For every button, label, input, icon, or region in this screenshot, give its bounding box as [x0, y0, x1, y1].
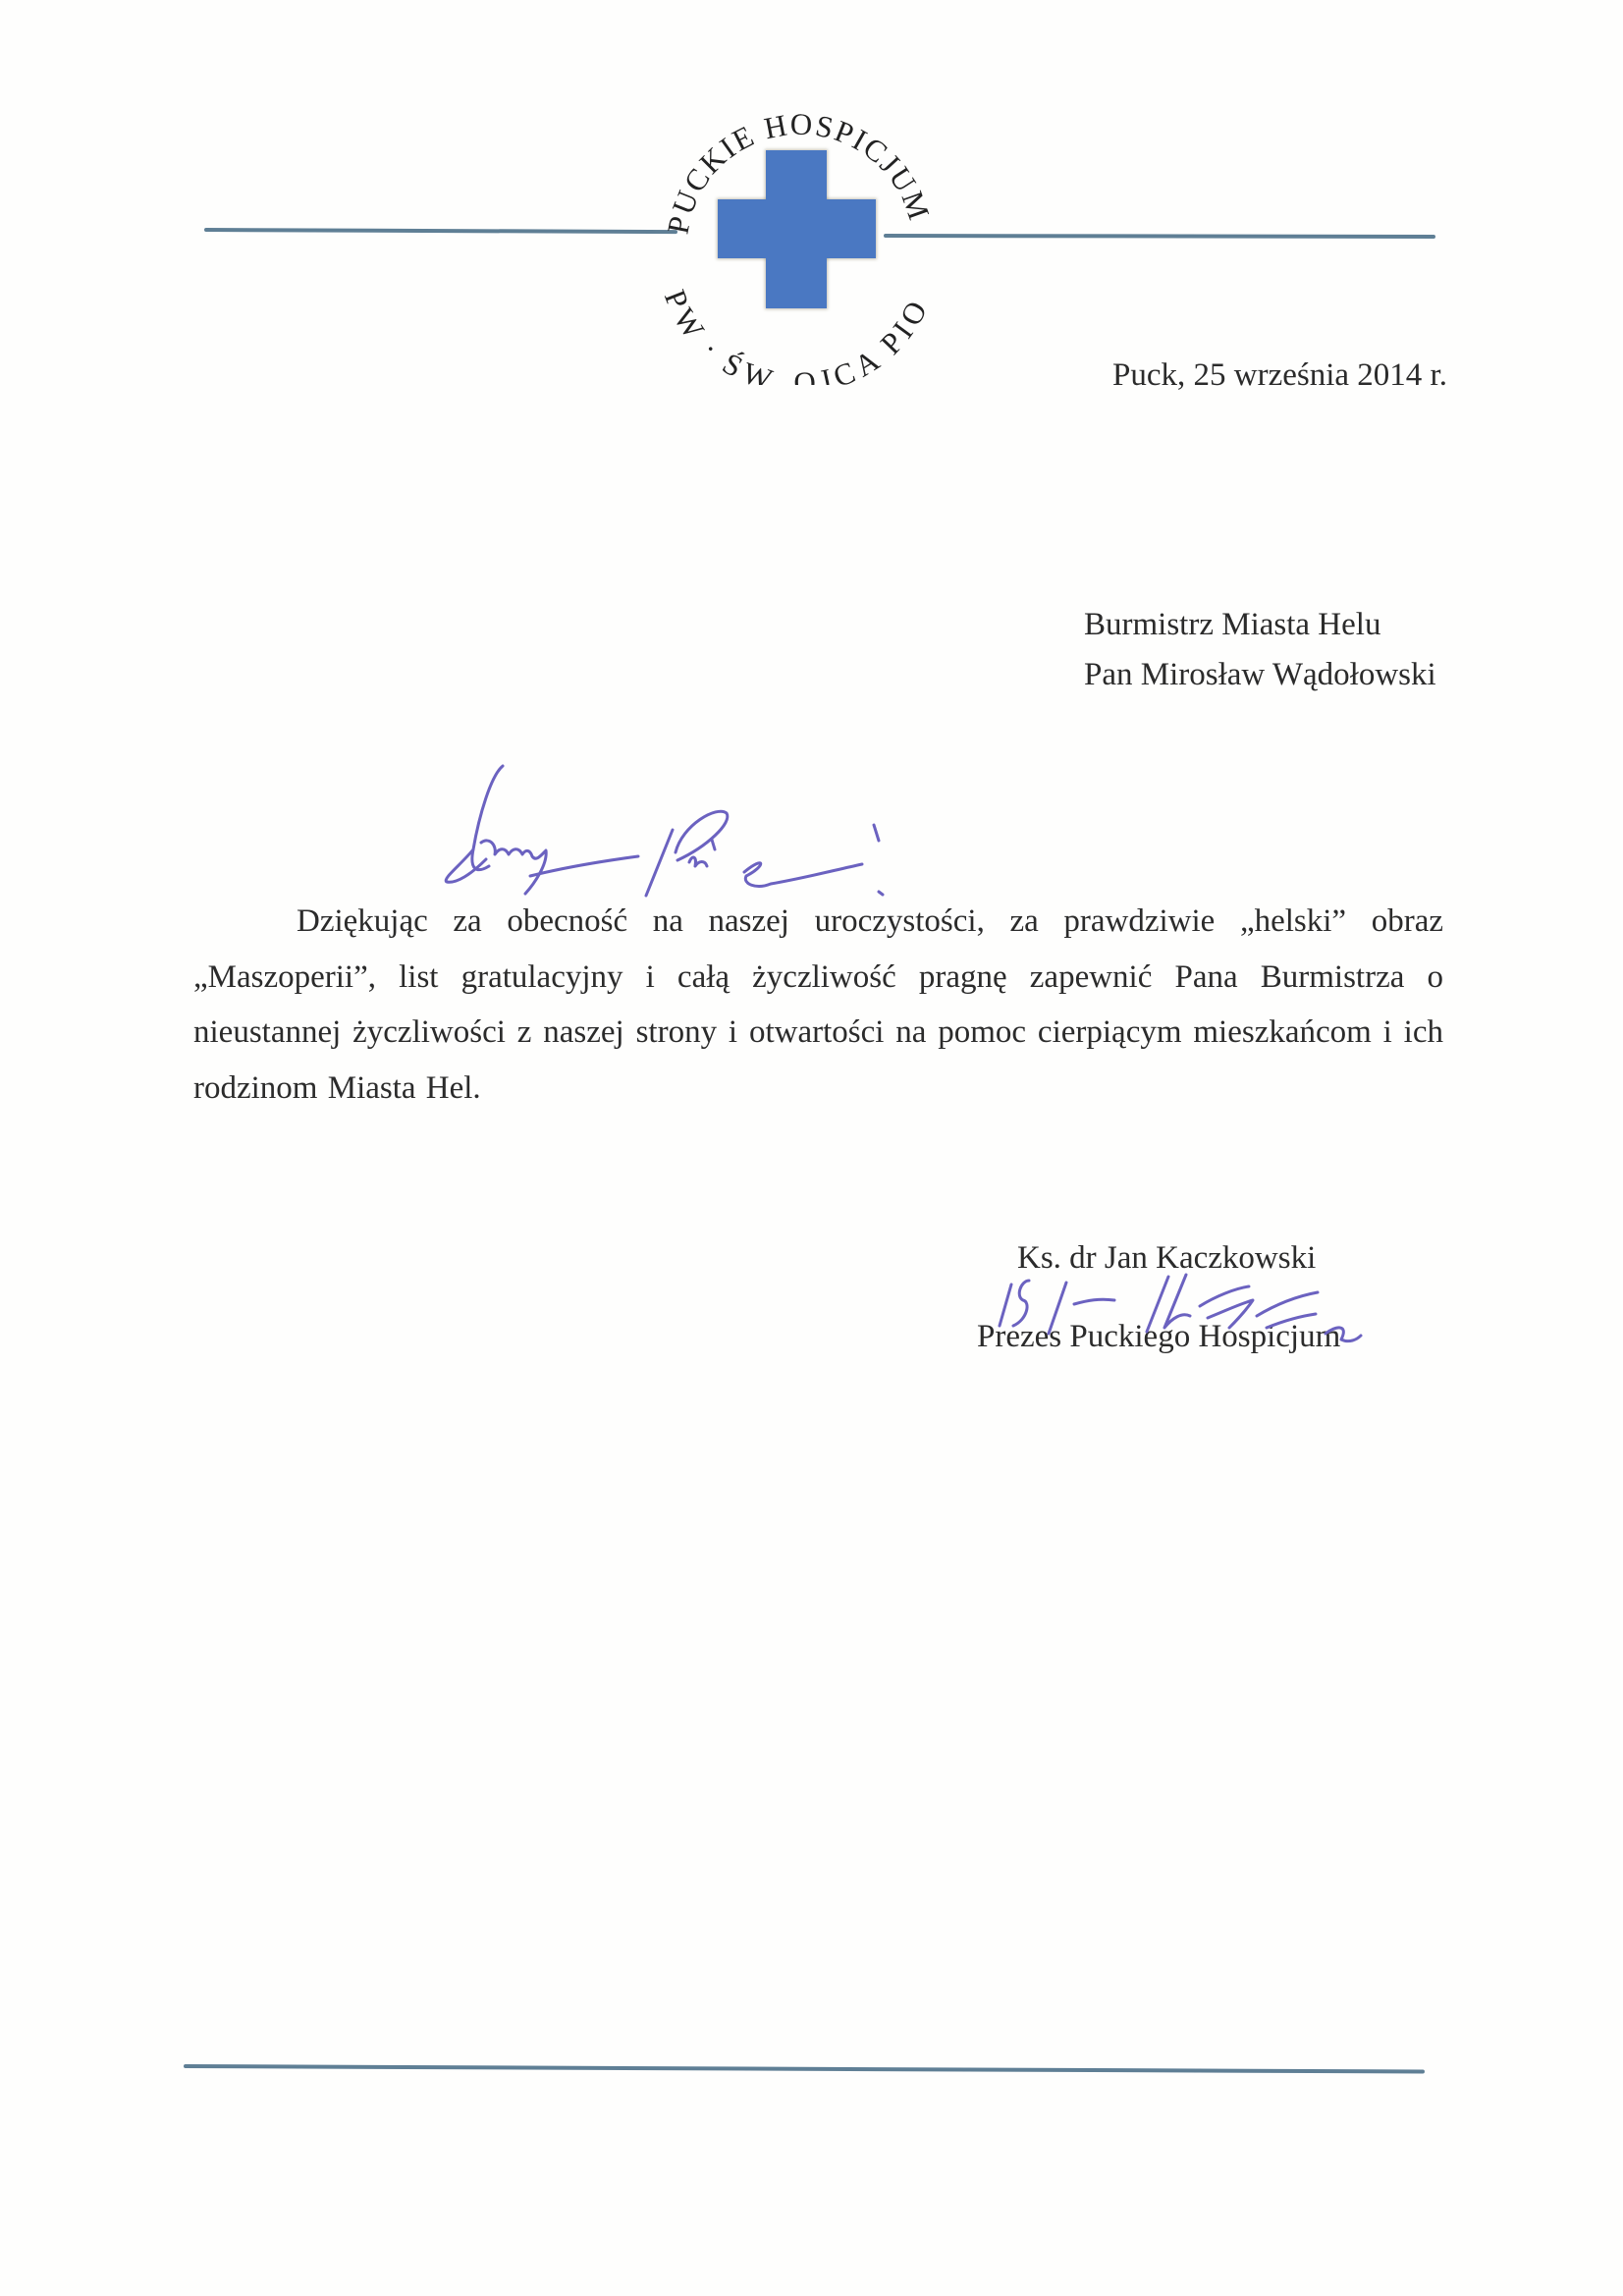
- signatory-role: Prezes Puckiego Hospicjum: [977, 1321, 1340, 1353]
- letter-date: Puck, 25 września 2014 r.: [1112, 359, 1447, 392]
- letter-body: Dziękując za obecność na naszej uroczyst…: [193, 894, 1443, 1116]
- letterhead-rule-right: [884, 234, 1435, 239]
- body-paragraph: Dziękując za obecność na naszej uroczyst…: [193, 903, 1443, 1106]
- hospice-logo: PUCKIE HOSPICJUM PW · ŚW. OJCA PIO: [640, 71, 954, 385]
- handwritten-greeting-signature: Szanowny Panie!: [432, 756, 943, 913]
- recipient-title: Burmistrz Miasta Helu: [1084, 609, 1380, 641]
- recipient-name: Pan Mirosław Wądołowski: [1084, 659, 1436, 691]
- footer-rule: [184, 2064, 1425, 2074]
- letterhead-rule-left: [204, 228, 677, 234]
- letter-page: PUCKIE HOSPICJUM PW · ŚW. OJCA PIO Puck,…: [0, 0, 1623, 2296]
- signatory-name: Ks. dr Jan Kaczkowski: [1017, 1242, 1316, 1275]
